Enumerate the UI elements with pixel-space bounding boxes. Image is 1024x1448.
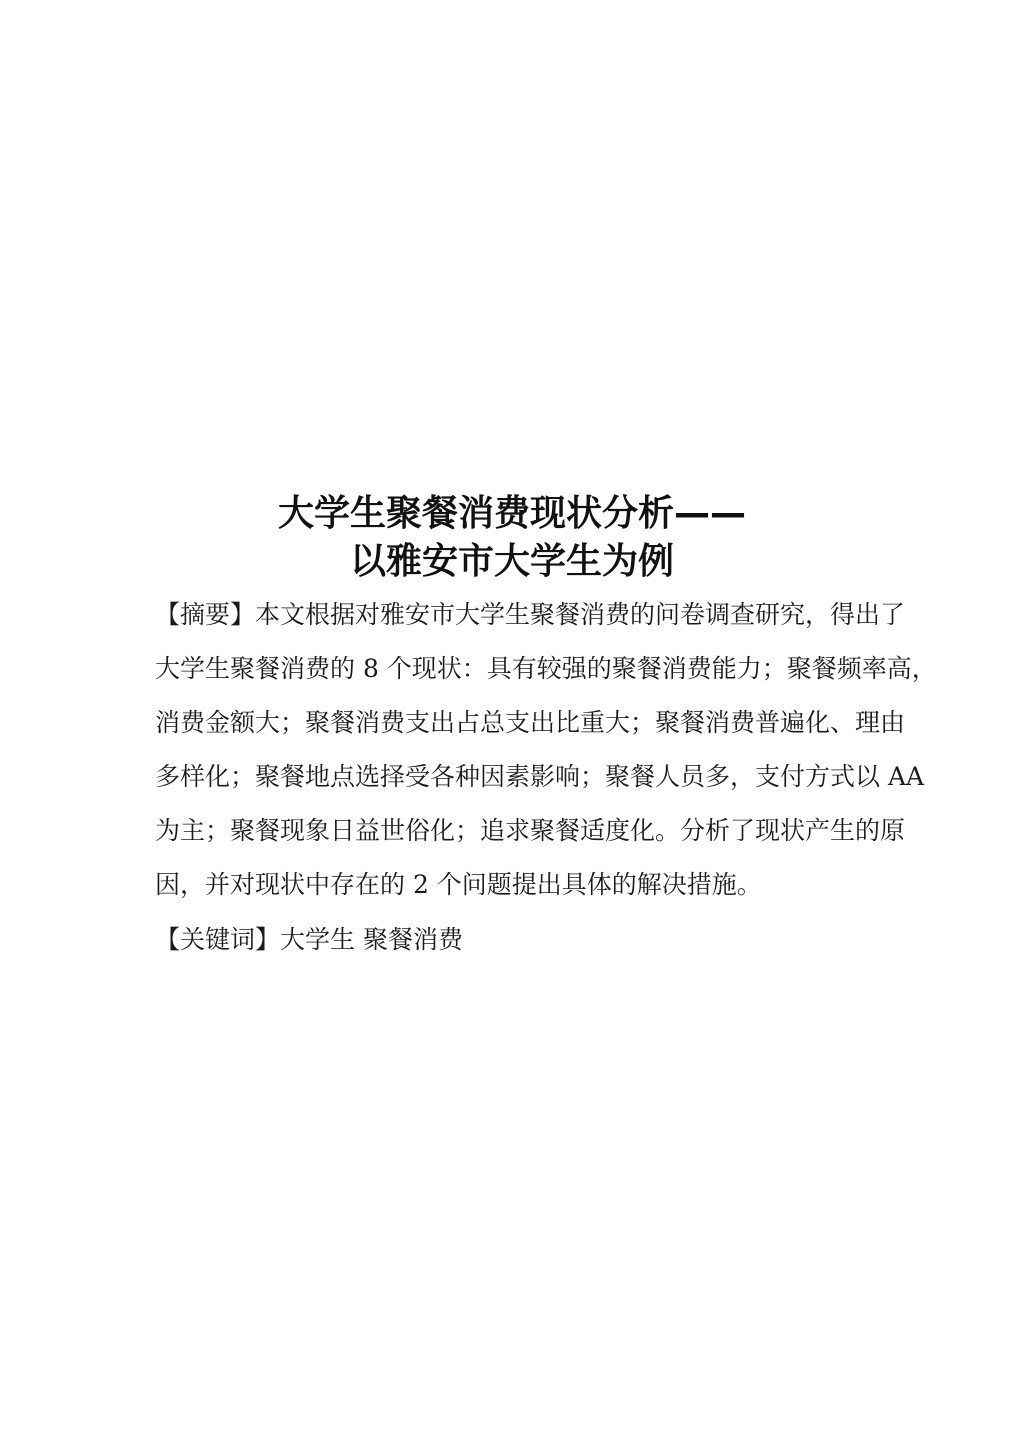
abstract-label: 【摘要】 (155, 600, 255, 629)
abstract-line-4: 多样化；聚餐地点选择受各种因素影响；聚餐人员多，支付方式以 AA (155, 762, 869, 792)
keywords-label: 【关键词】 (155, 925, 280, 954)
abstract-line-2: 大学生聚餐消费的 8 个现状：具有较强的聚餐消费能力；聚餐频率高， (155, 654, 869, 684)
document-page: 大学生聚餐消费现状分析—— 以雅安市大学生为例 【摘要】本文根据对雅安市大学生聚… (0, 0, 1024, 1448)
keywords-value: 大学生 聚餐消费 (280, 925, 463, 954)
abstract-line-3: 消费金额大；聚餐消费支出占总支出比重大；聚餐消费普遍化、理由 (155, 708, 869, 738)
abstract-text: 本文根据对雅安市大学生聚餐消费的问卷调查研究，得出了 (255, 600, 905, 629)
abstract-line-1: 【摘要】本文根据对雅安市大学生聚餐消费的问卷调查研究，得出了 (155, 600, 869, 630)
abstract-line-6: 因，并对现状中存在的 2 个问题提出具体的解决措施。 (155, 870, 869, 900)
document-title-line-1: 大学生聚餐消费现状分析—— (0, 494, 1024, 534)
keywords-section: 【关键词】大学生 聚餐消费 (155, 925, 869, 955)
document-title-line-2: 以雅安市大学生为例 (0, 542, 1024, 582)
abstract-line-5: 为主；聚餐现象日益世俗化；追求聚餐适度化。分析了现状产生的原 (155, 816, 869, 846)
